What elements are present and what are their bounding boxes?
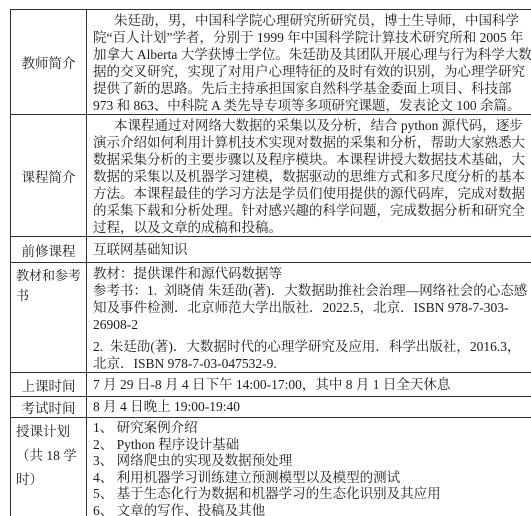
table-row-class-time: 上课时间 7 月 29 日-8 月 4 日下午 14:00-17:00，其中 8…	[11, 373, 531, 397]
table-row-course-intro: 课程简介 本课程通过对网络大数据的采集以及分析，结合 python 源代码，逐步…	[11, 115, 531, 237]
textbooks-cell: 教材：提供课件和源代码数据等 参考书：1. 刘晓倩 朱廷劭(著)．大数据助推社会…	[87, 263, 531, 373]
prerequisite-cell: 互联网基础知识	[87, 237, 531, 263]
plan-item-5: 5、 基于生态化行为数据和机器学习的生态化识别及其应用	[93, 486, 531, 503]
course-intro-text: 本课程通过对网络大数据的采集以及分析，结合 python 源代码，逐步演示介绍如…	[93, 117, 531, 236]
prerequisite-text: 互联网基础知识	[93, 241, 531, 259]
course-intro-cell: 本课程通过对网络大数据的采集以及分析，结合 python 源代码，逐步演示介绍如…	[87, 115, 531, 237]
row-label-course-intro: 课程简介	[11, 115, 87, 237]
teaching-plan-label-line1: 授课计划	[16, 420, 84, 444]
table-row-teacher-intro: 教师简介 朱廷劭，男，中国科学院心理研究所研究员，博士生导师，中国科学院“百人计…	[11, 10, 531, 115]
reference-book-1: 参考书：1. 刘晓倩 朱廷劭(著)．大数据助推社会治理—网络社会的心态感知及事件…	[93, 282, 531, 333]
exam-time-cell: 8 月 4 日晚上 19:00-19:40	[87, 397, 531, 418]
row-label-textbooks: 教材和参考书	[11, 263, 87, 373]
row-label-teaching-plan: 授课计划 （共 18 学时）	[11, 418, 87, 516]
row-label-prerequisite: 前修课程	[11, 237, 87, 263]
plan-item-1: 1、 研究案例介绍	[93, 420, 531, 437]
plan-item-3: 3、 网络爬虫的实现及数据预处理	[93, 453, 531, 470]
plan-item-6: 6、 文章的写作、投稿及其他	[93, 503, 531, 516]
row-label-class-time: 上课时间	[11, 373, 87, 397]
course-info-table: 教师简介 朱廷劭，男，中国科学院心理研究所研究员，博士生导师，中国科学院“百人计…	[10, 9, 531, 516]
teacher-intro-cell: 朱廷劭，男，中国科学院心理研究所研究员，博士生导师，中国科学院“百人计划”学者，…	[87, 10, 531, 115]
row-label-exam-time: 考试时间	[11, 397, 87, 418]
table-row-textbooks: 教材和参考书 教材：提供课件和源代码数据等 参考书：1. 刘晓倩 朱廷劭(著)．…	[11, 263, 531, 373]
exam-time-text: 8 月 4 日晚上 19:00-19:40	[93, 398, 531, 416]
plan-item-4: 4、 利用机器学习训练建立预测模型以及模型的测试	[93, 470, 531, 487]
class-time-cell: 7 月 29 日-8 月 4 日下午 14:00-17:00，其中 8 月 1 …	[87, 373, 531, 397]
plan-item-2: 2、 Python 程序设计基础	[93, 437, 531, 454]
teacher-intro-text: 朱廷劭，男，中国科学院心理研究所研究员，博士生导师，中国科学院“百人计划”学者，…	[93, 12, 531, 114]
table-row-teaching-plan: 授课计划 （共 18 学时） 1、 研究案例介绍 2、 Python 程序设计基…	[11, 418, 531, 516]
class-time-text: 7 月 29 日-8 月 4 日下午 14:00-17:00，其中 8 月 1 …	[93, 376, 531, 394]
syllabus-document-page: 教师简介 朱廷劭，男，中国科学院心理研究所研究员，博士生导师，中国科学院“百人计…	[0, 0, 531, 516]
table-row-exam-time: 考试时间 8 月 4 日晚上 19:00-19:40	[11, 397, 531, 418]
row-label-teacher-intro: 教师简介	[11, 10, 87, 115]
teaching-plan-label-line2: （共 18 学时）	[16, 444, 84, 492]
teaching-plan-cell: 1、 研究案例介绍 2、 Python 程序设计基础 3、 网络爬虫的实现及数据…	[87, 418, 531, 516]
reference-book-2: 2. 朱廷劭(著)．大数据时代的心理学研究及应用．科学出版社，2016.3，北京…	[93, 338, 531, 372]
table-row-prerequisite: 前修课程 互联网基础知识	[11, 237, 531, 263]
textbook-line: 教材：提供课件和源代码数据等	[93, 265, 531, 282]
